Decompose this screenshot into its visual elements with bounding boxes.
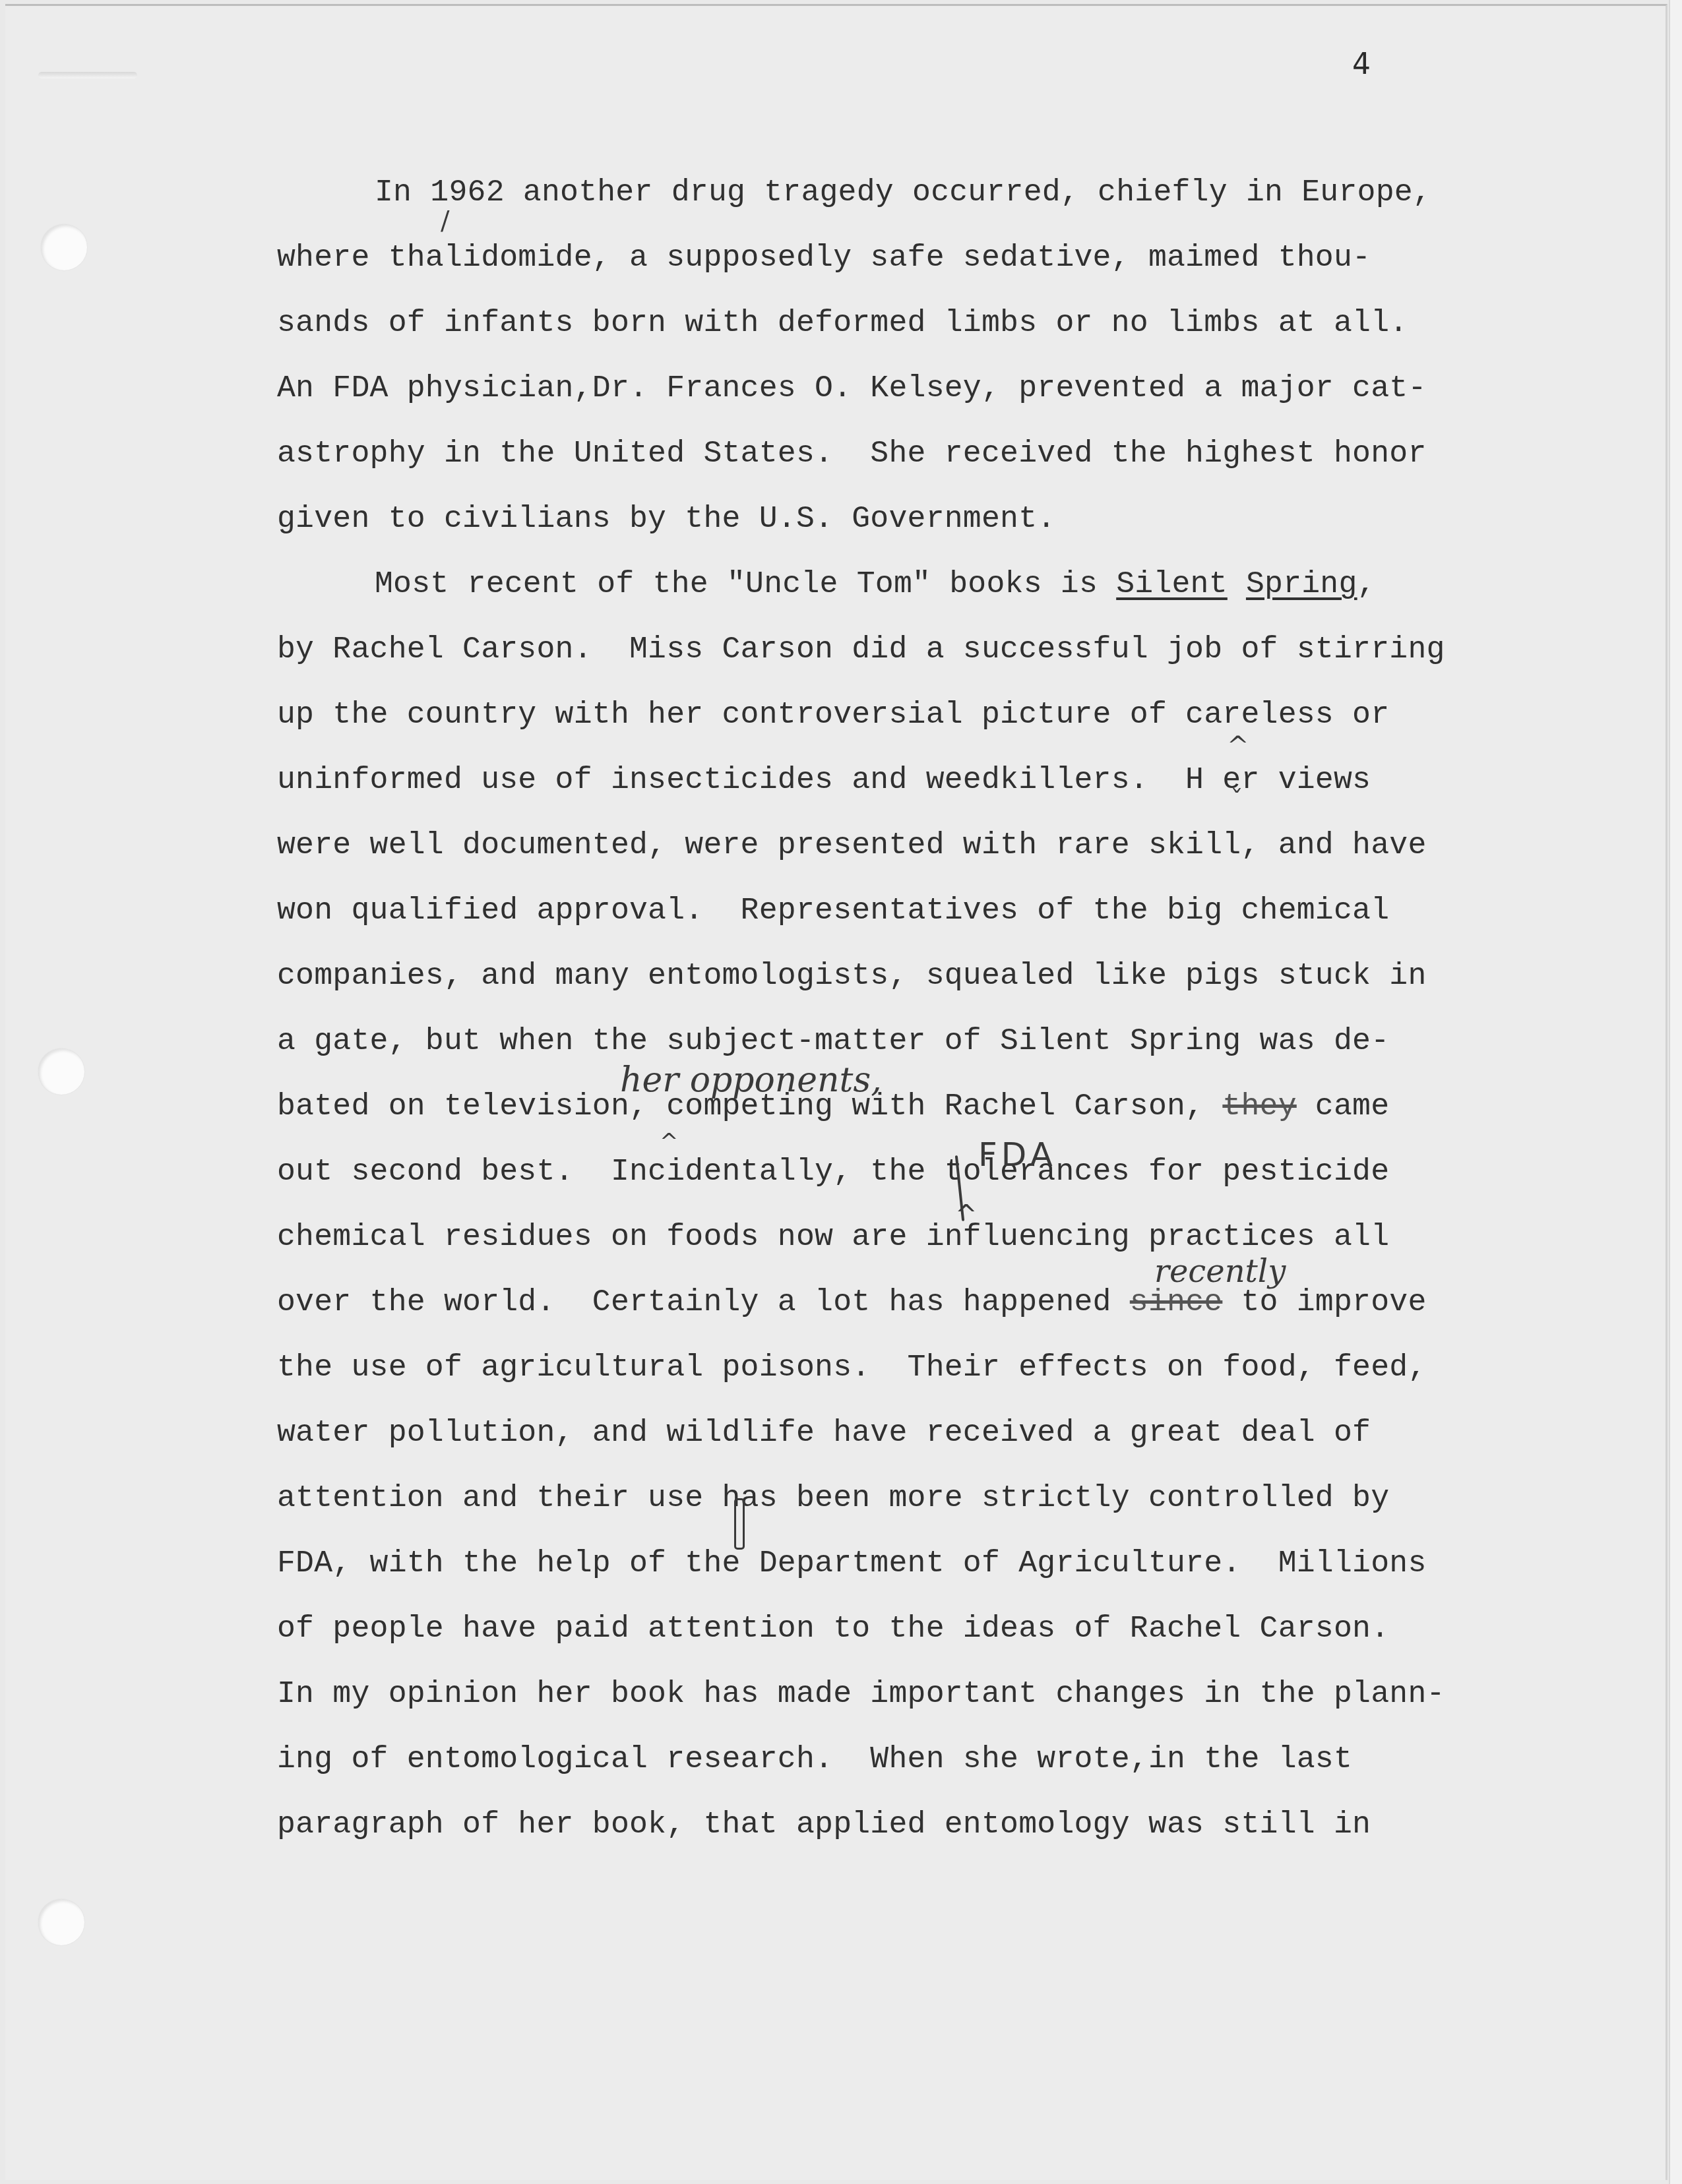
page-edge: [1669, 0, 1682, 2184]
text-line: where thalidomide, a supposedly safe sed…: [277, 238, 1530, 303]
text-segment: ,: [1357, 566, 1376, 601]
text-line: uninformed use of insecticides and weedk…: [277, 760, 1530, 826]
staple-mark: [38, 72, 137, 78]
handwritten-tick-mark: /: [441, 206, 449, 236]
text-line: astrophy in the United States. She recei…: [277, 434, 1530, 499]
text-segment: over the world. Certainly a lot has happ…: [277, 1285, 1130, 1319]
text-segment: came: [1297, 1089, 1390, 1124]
text-line: by Rachel Carson. Miss Carson did a succ…: [277, 630, 1530, 695]
text-segment: [1228, 566, 1246, 601]
punch-hole-top: [41, 224, 87, 270]
handwritten-insert-recently: recently: [1154, 1253, 1286, 1290]
text-line: ing of entomological research. When she …: [277, 1740, 1530, 1805]
punch-hole-bottom: [38, 1899, 84, 1945]
text-line: water pollution, and wildlife have recei…: [277, 1413, 1530, 1478]
text-line: of people have paid attention to the ide…: [277, 1609, 1530, 1674]
text-line: In 1962 another drug tragedy occurred, c…: [277, 173, 1530, 238]
text-line-struck-since: over the world. Certainly a lot has happ…: [277, 1283, 1530, 1348]
handwritten-insert-fda: FDA: [978, 1136, 1057, 1174]
text-line: a gate, but when the subject-matter of S…: [277, 1021, 1530, 1087]
text-line: won qualified approval. Representatives …: [277, 891, 1530, 956]
insertion-caret-icon: ^: [660, 1129, 679, 1155]
handwritten-caret-above: ^: [1227, 731, 1249, 761]
handwritten-insert-her-opponents: her opponents,: [620, 1060, 882, 1100]
text-line: up the country with her controversial pi…: [277, 695, 1530, 760]
text-line-struck-they: bated on television, competing with Rach…: [277, 1087, 1530, 1152]
deletion-loop-mark: [734, 1498, 745, 1550]
underlined-title-silent: Silent: [1116, 566, 1228, 601]
page-number: 4: [1352, 47, 1371, 81]
text-line: the use of agricultural poisons. Their e…: [277, 1348, 1530, 1413]
text-line: out second best. Incidentally, the toler…: [277, 1152, 1530, 1217]
underlined-title-spring: Spring: [1246, 566, 1357, 601]
text-line: An FDA physician,Dr. Frances O. Kelsey, …: [277, 369, 1530, 434]
typed-body-text: In 1962 another drug tragedy occurred, c…: [277, 173, 1530, 1870]
text-line: In my opinion her book has made importan…: [277, 1674, 1530, 1740]
text-line: given to civilians by the U.S. Governmen…: [277, 499, 1530, 564]
text-segment: Most recent of the "Uncle Tom" books is: [375, 566, 1116, 601]
text-line: FDA, with the help of the Department of …: [277, 1544, 1530, 1609]
struck-word: they: [1222, 1089, 1296, 1124]
text-line: sands of infants born with deformed limb…: [277, 303, 1530, 369]
text-line: paragraph of her book, that applied ento…: [277, 1805, 1530, 1870]
text-line: companies, and many entomologists, squea…: [277, 956, 1530, 1021]
handwritten-caret-below: ˇ: [1230, 785, 1243, 815]
text-line: attention and their use has been more st…: [277, 1478, 1530, 1544]
text-line-book-title: Most recent of the "Uncle Tom" books is …: [277, 564, 1530, 630]
text-line: chemical residues on foods now are influ…: [277, 1217, 1530, 1283]
punch-hole-middle: [38, 1048, 84, 1095]
insertion-caret-icon: ^: [955, 1200, 978, 1230]
text-line: were well documented, were presented wit…: [277, 826, 1530, 891]
